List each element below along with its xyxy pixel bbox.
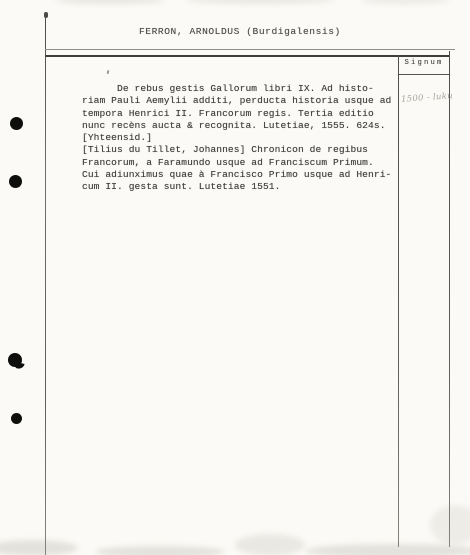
signum-column-label: Signum: [398, 59, 450, 67]
scan-smudge: [0, 540, 78, 555]
signum-column-left-rule: [398, 55, 399, 547]
entry-1-line: [Yhteensid.]: [82, 132, 391, 144]
header-rule-thick: [45, 55, 450, 57]
scan-smudge: [95, 546, 225, 555]
card-heading-author: FERRON, ARNOLDUS (Burdigalensis): [139, 26, 341, 37]
entry-1-line: tempora Henrici II. Francorum regis. Ter…: [82, 108, 391, 120]
entry-2-line: Francorum, a Faramundo usque ad Francisc…: [82, 157, 391, 169]
entry-2-line: Cui adiunximus quae à Francisco Primo us…: [82, 169, 391, 181]
entry-1-line: riam Pauli Aemylii additi, perducta hist…: [82, 95, 391, 107]
left-margin-rule: [45, 13, 46, 555]
punch-hole-dot: [10, 117, 23, 130]
scan-smudge: [235, 534, 305, 555]
punch-hole-dot: [11, 413, 22, 424]
scan-smudge: [185, 0, 335, 4]
scan-smudge: [360, 0, 450, 4]
scan-artifact-tick: [107, 70, 109, 74]
punch-hole-dot: [8, 353, 22, 367]
entry-1-line: nunc recèns aucta & recognita. Lutetiae,…: [82, 120, 391, 132]
signum-column-right-rule: [449, 51, 450, 547]
punch-hole-dot: [9, 175, 22, 188]
scan-smudge: [55, 0, 165, 4]
entry-2-line: [Tilius du Tillet, Johannes] Chronicon d…: [82, 144, 391, 156]
bibliographic-entries: De rebus gestis Gallorum libri IX. Ad hi…: [82, 83, 391, 194]
entry-2-line: cum II. gesta sunt. Lutetiae 1551.: [82, 181, 391, 193]
signum-cell-bottom-rule: [398, 74, 450, 75]
entry-1-line: De rebus gestis Gallorum libri IX. Ad hi…: [82, 83, 391, 95]
catalog-card-page: FERRON, ARNOLDUS (Burdigalensis) Signum …: [0, 0, 470, 555]
handwritten-signum-note: 1500 - luku: [401, 91, 454, 105]
scan-smudge: [305, 544, 470, 555]
header-rule-thin: [45, 49, 455, 50]
